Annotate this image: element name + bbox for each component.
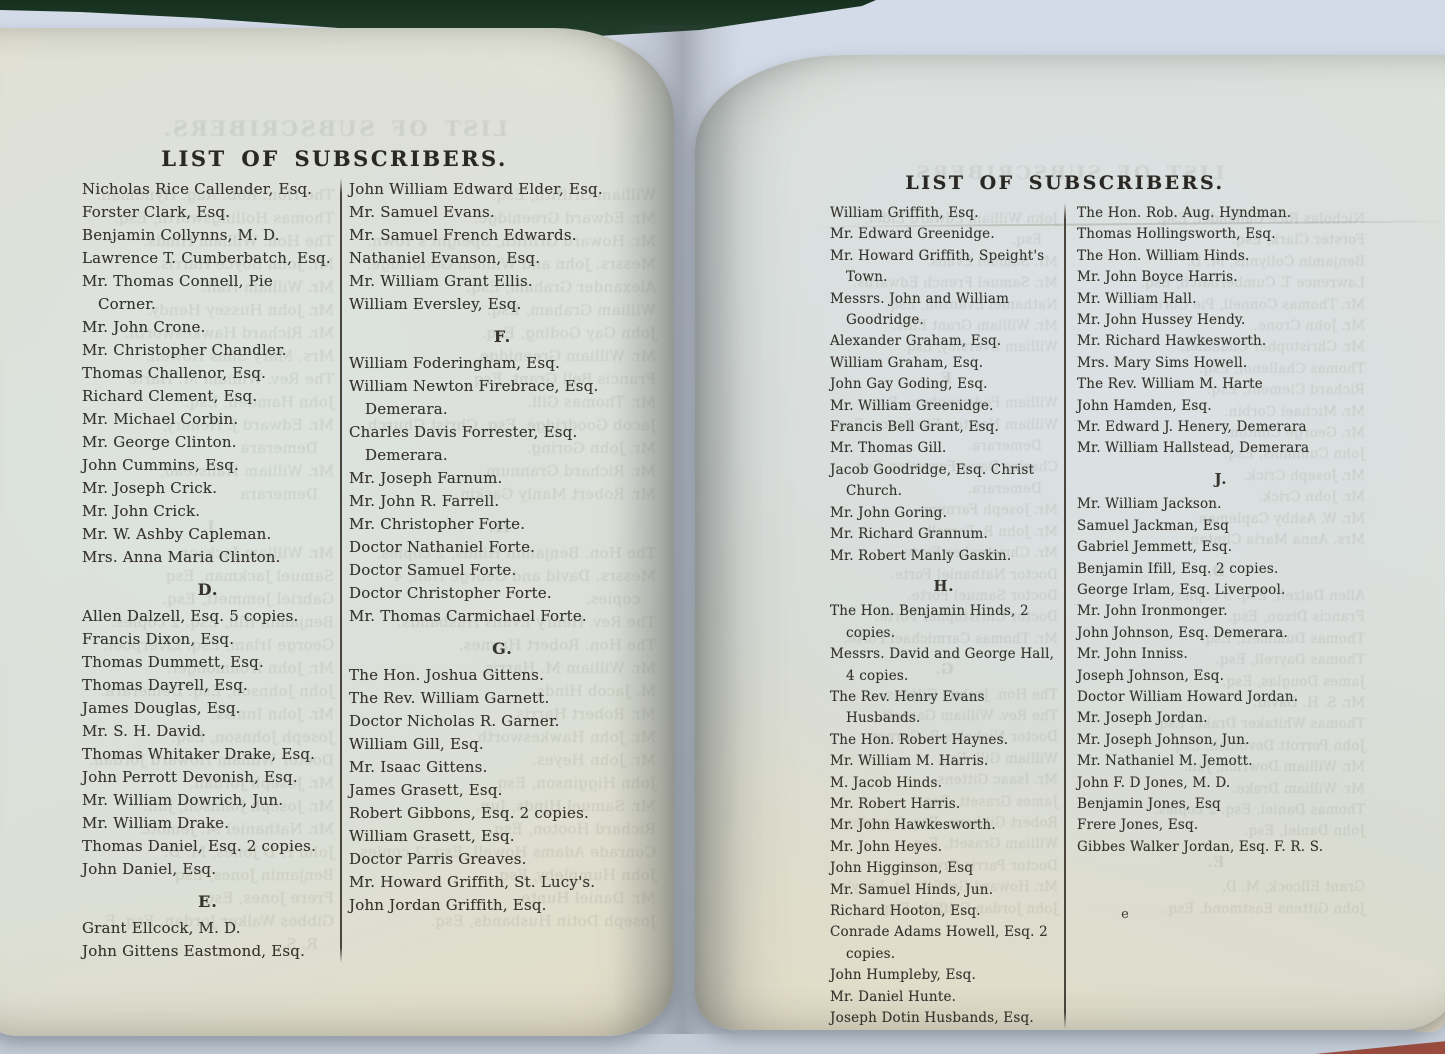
subscriber-entry: Grant Ellcock, M. D.	[82, 917, 334, 940]
subscriber-entry: William Newton Firebrace, Esq. Demerara.	[349, 375, 656, 421]
subscriber-entry: William Graham, Esq.	[830, 353, 1058, 374]
subscriber-entry: Doctor William Howard Jordan.	[1077, 687, 1365, 708]
subscriber-entry: Mr. John Crone.	[82, 316, 334, 339]
page-title: LIST OF SUBSCRIBERS.	[42, 146, 627, 171]
subscriber-entry: Mr. Christopher Forte.	[349, 513, 656, 536]
subscriber-entry: James Grasett, Esq.	[349, 779, 656, 802]
subscriber-entry: William Eversley, Esq.	[349, 293, 656, 316]
subscriber-entry: Mr. Thomas Connell, Pie Corner.	[82, 270, 334, 316]
subscriber-entry: Mr. Edward Greenidge.	[830, 224, 1058, 245]
subscriber-entry: Allen Dalzell, Esq. 5 copies.	[82, 605, 334, 628]
subscriber-entry: Thomas Challenor, Esq.	[82, 362, 334, 385]
right-page-column-1: John William Edward Elder, Esq.Mr. Samue…	[830, 203, 1058, 1029]
subscriber-list: Nicholas Rice Callender, Esq.Forster Cla…	[82, 178, 334, 963]
subscriber-entry: Mr. Thomas Gill.	[830, 438, 1058, 459]
subscriber-entry: Mr. Thomas Carmichael Forte.	[349, 605, 656, 628]
left-page-columns: The Hon. Rob. Aug. Hyndman.Thomas Hollin…	[82, 178, 656, 963]
subscriber-entry: John F. D Jones, M. D.	[1077, 773, 1365, 794]
subscriber-entry: Gabriel Jemmett, Esq.	[1077, 537, 1365, 558]
subscriber-entry: The Hon. Robert Haynes.	[830, 730, 1058, 751]
subscriber-entry: Thomas Dayrell, Esq.	[82, 674, 334, 697]
subscriber-entry: Mr. John Hawkesworth.	[830, 815, 1058, 836]
subscriber-entry: The Hon. Benjamin Hinds, 2 copies.	[830, 601, 1058, 644]
subscriber-entry: Mr. Robert Harris.	[830, 794, 1058, 815]
subscriber-entry: Francis Bell Grant, Esq.	[830, 417, 1058, 438]
subscriber-entry: Mr. Samuel Evans.	[349, 201, 656, 224]
subscriber-entry: Mr. William Greenidge.	[830, 396, 1058, 417]
subscriber-entry: Mr. Howard Griffith, Speight's Town.	[830, 246, 1058, 289]
subscriber-entry: Mrs. Anna Maria Clinton.	[82, 546, 334, 569]
subscriber-entry: Frere Jones, Esq.	[1077, 815, 1365, 836]
subscriber-entry: Mr. Samuel French Edwards.	[349, 224, 656, 247]
subscriber-entry: Nicholas Rice Callender, Esq.	[82, 178, 334, 201]
subscriber-entry: John Humpleby, Esq.	[830, 965, 1058, 986]
subscriber-entry: George Irlam, Esq. Liverpool.	[1077, 580, 1365, 601]
subscriber-entry: Mr. Joseph Jordan.	[1077, 708, 1365, 729]
right-page-title-wrap: LIST OF SUBSCRIBERS. LIST OF SUBSCRIBERS…	[765, 172, 1365, 194]
subscriber-entry: John Gay Goding, Esq.	[830, 374, 1058, 395]
left-page-title-wrap: LIST OF SUBSCRIBERS. LIST OF SUBSCRIBERS…	[42, 146, 627, 171]
subscriber-entry: Mrs. Mary Sims Howell.	[1077, 353, 1365, 374]
subscriber-entry: Thomas Dummett, Esq.	[82, 651, 334, 674]
subscriber-entry: William Grasett, Esq.	[349, 825, 656, 848]
subscriber-entry: Mr. John R. Farrell.	[349, 490, 656, 513]
subscriber-entry: H.	[830, 576, 1058, 597]
subscriber-entry: John Daniel, Esq.	[82, 858, 334, 881]
subscriber-entry: M. Jacob Hinds.	[830, 773, 1058, 794]
subscriber-entry: Mr. Joseph Farnum.	[349, 467, 656, 490]
left-page-column-1: The Hon. Rob. Aug. Hyndman.Thomas Hollin…	[82, 178, 334, 963]
subscriber-entry: J.	[1077, 469, 1365, 490]
subscriber-entry: Mr. Edward J. Henery, Demerara	[1077, 417, 1365, 438]
subscriber-entry: Mr. Christopher Chandler.	[82, 339, 334, 362]
subscriber-list: The Hon. Rob. Aug. Hyndman.Thomas Hollin…	[1077, 203, 1365, 858]
subscriber-entry: Mr. Michael Corbin.	[82, 408, 334, 431]
subscriber-entry: Nathaniel Evanson, Esq.	[349, 247, 656, 270]
subscriber-entry: Mr. William M. Harris.	[830, 751, 1058, 772]
subscriber-entry: Joseph Dotin Husbands, Esq.	[830, 1008, 1058, 1029]
subscriber-entry: John Perrott Devonish, Esq.	[82, 766, 334, 789]
subscriber-entry: Mr. John Heyes.	[830, 837, 1058, 858]
right-page-column-2: Nicholas Rice Callender, Esq.Forster Cla…	[1066, 203, 1365, 1029]
subscriber-entry: Mr. John Ironmonger.	[1077, 601, 1365, 622]
subscriber-entry: Joseph Johnson, Esq.	[1077, 666, 1365, 687]
subscriber-entry: G.	[349, 637, 656, 660]
subscriber-entry: The Rev. Henry Evans Husbands.	[830, 687, 1058, 730]
subscriber-entry: William Griffith, Esq.	[830, 203, 1058, 224]
left-page: LIST OF SUBSCRIBERS. LIST OF SUBSCRIBERS…	[0, 28, 674, 1036]
left-page-column-2: William Griffith, Esq.Mr. Edward Greenid…	[342, 178, 656, 963]
subscriber-entry: Benjamin Collynns, M. D.	[82, 224, 334, 247]
subscriber-entry: Mr. Howard Griffith, St. Lucy's.	[349, 871, 656, 894]
subscriber-entry: Benjamin Jones, Esq	[1077, 794, 1365, 815]
subscriber-entry: Mr. Joseph Johnson, Jun.	[1077, 730, 1365, 751]
subscriber-entry: Mr. Isaac Gittens.	[349, 756, 656, 779]
subscriber-entry: Mr. William Dowrich, Jun.	[82, 789, 334, 812]
subscriber-entry: William Foderingham, Esq.	[349, 352, 656, 375]
subscriber-entry: Mr. Nathaniel M. Jemott.	[1077, 751, 1365, 772]
subscriber-entry: Mr. S. H. David.	[82, 720, 334, 743]
subscriber-entry: Forster Clark, Esq.	[82, 201, 334, 224]
subscriber-list: John William Edward Elder, Esq.Mr. Samue…	[349, 178, 656, 917]
subscriber-entry: Thomas Daniel, Esq. 2 copies.	[82, 835, 334, 858]
subscriber-entry: Thomas Whitaker Drake, Esq.	[82, 743, 334, 766]
subscriber-entry: The Hon. William Hinds.	[1077, 246, 1365, 267]
subscriber-entry: F.	[349, 325, 656, 348]
subscriber-entry: John Jordan Griffith, Esq.	[349, 894, 656, 917]
subscriber-entry: Mr. William Jackson.	[1077, 494, 1365, 515]
subscriber-entry: Samuel Jackman, Esq	[1077, 516, 1365, 537]
subscriber-entry: Richard Clement, Esq.	[82, 385, 334, 408]
subscriber-entry: The Hon. Rob. Aug. Hyndman.	[1077, 203, 1365, 224]
subscriber-entry: Mr. Samuel Hinds, Jun.	[830, 880, 1058, 901]
book-cover-corner	[1315, 1038, 1445, 1054]
subscriber-entry: The Rev. William Garnett.	[349, 687, 656, 710]
subscriber-entry: Richard Hooton, Esq.	[830, 901, 1058, 922]
subscriber-entry: Mr. W. Ashby Capleman.	[82, 523, 334, 546]
subscriber-entry: Mr. William Hall.	[1077, 289, 1365, 310]
subscriber-entry: D.	[82, 578, 334, 601]
subscriber-entry: Messrs. John and William Goodridge.	[830, 289, 1058, 332]
subscriber-entry: The Rev. William M. Harte	[1077, 374, 1365, 395]
subscriber-entry: John Gittens Eastmond, Esq.	[82, 940, 334, 963]
right-page: LIST OF SUBSCRIBERS. LIST OF SUBSCRIBERS…	[695, 55, 1445, 1030]
subscriber-list: William Griffith, Esq.Mr. Edward Greenid…	[830, 203, 1058, 1029]
subscriber-entry: Lawrence T. Cumberbatch, Esq.	[82, 247, 334, 270]
subscriber-entry: Doctor Samuel Forte.	[349, 559, 656, 582]
subscriber-entry: Alexander Graham, Esq.	[830, 331, 1058, 352]
subscriber-entry: Gibbes Walker Jordan, Esq. F. R. S.	[1077, 837, 1365, 858]
subscriber-entry: Doctor Nathaniel Forte.	[349, 536, 656, 559]
subscriber-entry: Mr. John Boyce Harris.	[1077, 267, 1365, 288]
subscriber-entry: Francis Dixon, Esq.	[82, 628, 334, 651]
book-photo: { "colors": { "background": "#cdd5e2", "…	[0, 0, 1445, 1054]
subscriber-entry: John William Edward Elder, Esq.	[349, 178, 656, 201]
subscriber-entry: Mr. Daniel Hunte.	[830, 987, 1058, 1008]
subscriber-entry: John Hamden, Esq.	[1077, 396, 1365, 417]
ghost-entry: Grant Ellcock, M. D.	[1066, 877, 1365, 898]
right-page-columns: John William Edward Elder, Esq.Mr. Samue…	[830, 203, 1365, 1029]
subscriber-entry: Mr. John Inniss.	[1077, 644, 1365, 665]
subscriber-entry: John Cummins, Esq.	[82, 454, 334, 477]
subscriber-entry: Mr. Robert Manly Gaskin.	[830, 546, 1058, 567]
subscriber-entry: Mr. John Crick.	[82, 500, 334, 523]
subscriber-entry: Mr. John Goring.	[830, 503, 1058, 524]
subscriber-entry: E.	[82, 890, 334, 913]
ghost-title: LIST OF SUBSCRIBERS.	[765, 162, 1365, 184]
subscriber-entry: Thomas Hollingsworth, Esq.	[1077, 224, 1365, 245]
subscriber-entry: Mr. Richard Grannum.	[830, 524, 1058, 545]
subscriber-entry: Robert Gibbons, Esq. 2 copies.	[349, 802, 656, 825]
subscriber-entry: Conrade Adams Howell, Esq. 2 copies.	[830, 922, 1058, 965]
subscriber-entry: Doctor Christopher Forte.	[349, 582, 656, 605]
subscriber-entry: John Higginson, Esq	[830, 858, 1058, 879]
subscriber-entry: Mr. William Grant Ellis.	[349, 270, 656, 293]
subscriber-entry: Benjamin Ifill, Esq. 2 copies.	[1077, 559, 1365, 580]
subscriber-entry: Jacob Goodridge, Esq. Christ Church.	[830, 460, 1058, 503]
subscriber-entry: Doctor Nicholas R. Garner.	[349, 710, 656, 733]
subscriber-entry: Doctor Parris Greaves.	[349, 848, 656, 871]
subscriber-entry: Mr. William Hallstead, Demerara	[1077, 438, 1365, 459]
subscriber-entry: Mr. William Drake.	[82, 812, 334, 835]
subscriber-entry: Mr. George Clinton.	[82, 431, 334, 454]
subscriber-entry: Messrs. David and George Hall, 4 copies.	[830, 644, 1058, 687]
subscriber-entry: Mr. John Hussey Hendy.	[1077, 310, 1365, 331]
subscriber-entry: Mr. Richard Hawkesworth.	[1077, 331, 1365, 352]
ghost-title: LIST OF SUBSCRIBERS.	[42, 116, 627, 141]
subscriber-entry: Mr. Joseph Crick.	[82, 477, 334, 500]
subscriber-entry: William Gill, Esq.	[349, 733, 656, 756]
subscriber-entry: The Hon. Joshua Gittens.	[349, 664, 656, 687]
subscriber-entry: Charles Davis Forrester, Esq. Demerara.	[349, 421, 656, 467]
printer-signature-mark: e	[1105, 907, 1145, 922]
subscriber-entry: James Douglas, Esq.	[82, 697, 334, 720]
subscriber-entry: John Johnson, Esq. Demerara.	[1077, 623, 1365, 644]
